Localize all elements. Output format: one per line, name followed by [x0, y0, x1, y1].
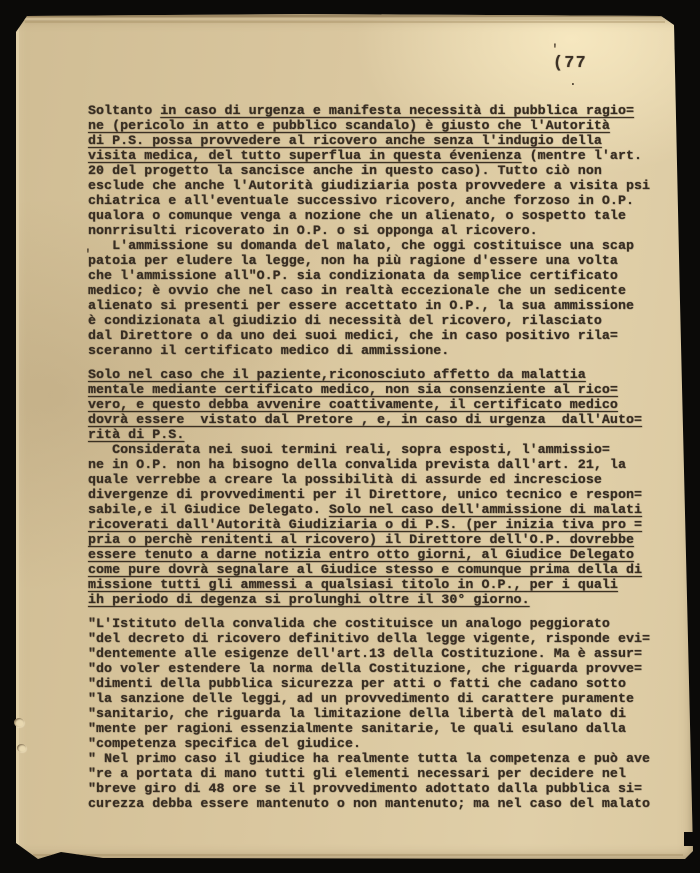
underlined-text-segment: Solo nel caso che il paziente,riconosciu… — [88, 367, 586, 382]
text-segment: che l'ammissione all"O.P. sia condiziona… — [88, 268, 618, 283]
underlined-text-segment: come pure dovrà segnalare al Giudice ste… — [88, 562, 642, 577]
text-line: sabile,e il Giudice Delegato. Solo nel c… — [88, 502, 672, 517]
text-line: missione tutti gli ammessi a qualsiasi t… — [88, 577, 672, 592]
text-line: " Nel primo caso il giudice ha realmente… — [88, 751, 672, 766]
text-segment: Considerata nei suoi termini reali, sopr… — [88, 442, 610, 457]
text-segment: "mente per ragioni essenzialmente sanita… — [88, 721, 626, 736]
text-segment: alienato si presenti per essere accettat… — [88, 298, 634, 313]
text-line: pria o perchè renitenti al ricovero) il … — [88, 532, 672, 547]
text-line: ne in O.P. non ha bisogno della convalid… — [88, 457, 672, 472]
text-segment: "L'Istituto della convalida che costitui… — [88, 616, 610, 631]
stray-mark: . — [569, 74, 577, 89]
underlined-text-segment: Solo nel caso dell'ammissione di malati — [329, 502, 642, 517]
text-line: nonrrisulti ricoverato in O.P. o si oppo… — [88, 223, 672, 238]
text-segment: "la sanzione delle leggi, ad un provvedi… — [88, 691, 634, 706]
text-segment: sceranno il certificato medico di ammiss… — [88, 343, 449, 358]
text-line: che l'ammissione all"O.P. sia condiziona… — [88, 268, 672, 283]
underlined-text-segment: in caso di urgenza e manifesta necessità… — [160, 103, 634, 118]
paper-hole — [17, 744, 26, 752]
paper-hole — [14, 718, 24, 727]
text-line: "del decreto di ricovero definitivo dell… — [88, 631, 672, 646]
text-segment: "dimenti della pubblica sicurezza per at… — [88, 676, 626, 691]
text-line: alienato si presenti per essere accettat… — [88, 298, 672, 313]
underlined-text-segment: missione tutti gli ammessi a qualsiasi t… — [88, 577, 618, 592]
text-line: "competenza specifica del giudice. — [88, 736, 672, 751]
text-line: qualora o comunque venga a nozione che u… — [88, 208, 672, 223]
text-line: "dentemente alle esigenze dell'art.13 de… — [88, 646, 672, 661]
text-line: curezza debba essere mantenuto o non man… — [88, 796, 672, 811]
underlined-text-segment: ih periodo di degenza si prolunghi oltre… — [88, 592, 530, 607]
text-line: L'ammissione su domanda del malato, che … — [88, 238, 672, 253]
text-segment: chiatrica e all'eventuale successivo ric… — [88, 193, 634, 208]
text-segment: quale verrebbe a creare la possibilità d… — [88, 472, 602, 487]
underlined-text-segment: dovrà essere vistato dal Pretore , e, in… — [88, 412, 642, 427]
text-line: vero, e questo debba avvenire coattivame… — [88, 397, 672, 412]
text-line: visita medica, del tutto superflua in qu… — [88, 148, 672, 163]
text-line: ne (pericolo in atto e pubblico scandalo… — [88, 118, 672, 133]
underlined-text-segment: rità di P.S. — [88, 427, 184, 442]
text-segment: dal Direttore o da uno dei suoi medici, … — [88, 328, 618, 343]
text-segment: qualora o comunque venga a nozione che u… — [88, 208, 626, 223]
underlined-text-segment: pria o perchè renitenti al ricovero) il … — [88, 532, 634, 547]
typewritten-text: Soltanto in caso di urgenza e manifesta … — [88, 103, 672, 811]
text-line: rità di P.S. — [88, 427, 672, 442]
text-segment: sabile,e il Giudice Delegato. — [88, 502, 329, 517]
underlined-text-segment: essere tenuto a darne notizia entro otto… — [88, 547, 634, 562]
text-line: sceranno il certificato medico di ammiss… — [88, 343, 672, 358]
stray-mark: ' — [551, 42, 559, 57]
text-segment: "do voler estendere la norma della Costi… — [88, 661, 642, 676]
scan-notch — [684, 832, 700, 846]
text-segment: divergenze di provvedimenti per il Diret… — [88, 487, 642, 502]
text-segment: esclude che anche l'Autorità giudiziaria… — [88, 178, 650, 193]
text-line: come pure dovrà segnalare al Giudice ste… — [88, 562, 672, 577]
text-line: quale verrebbe a creare la possibilità d… — [88, 472, 672, 487]
text-segment: nonrrisulti ricoverato in O.P. o si oppo… — [88, 223, 538, 238]
text-segment: medico; è ovvio che nel caso in realtà e… — [88, 283, 626, 298]
text-segment: "competenza specifica del giudice. — [88, 736, 361, 751]
text-line: "la sanzione delle leggi, ad un provvedi… — [88, 691, 672, 706]
text-segment: curezza debba essere mantenuto o non man… — [88, 796, 650, 811]
paper-edge-shadow — [33, 854, 683, 856]
text-line: "sanitario, che riguarda la limitazione … — [88, 706, 672, 721]
text-line: divergenze di provvedimenti per il Diret… — [88, 487, 672, 502]
underlined-text-segment: vero, e questo debba avvenire coattivame… — [88, 397, 618, 412]
text-segment: Soltanto — [88, 103, 160, 118]
text-line: dal Direttore o da uno dei suoi medici, … — [88, 328, 672, 343]
text-line: "breve giro di 48 ore se il provvediment… — [88, 781, 672, 796]
text-line: patoia per eludere la legge, non ha più … — [88, 253, 672, 268]
text-line: dovrà essere vistato dal Pretore , e, in… — [88, 412, 672, 427]
line-gap — [88, 607, 672, 616]
line-gap — [88, 358, 672, 367]
text-line: di P.S. possa provvedere al ricovero anc… — [88, 133, 672, 148]
text-line: "L'Istituto della convalida che costitui… — [88, 616, 672, 631]
text-line: "re a portata di mano tutti gli elementi… — [88, 766, 672, 781]
underlined-text-segment: mentale mediante certificato medico, non… — [88, 382, 618, 397]
text-segment: (mentre l'art. — [522, 148, 642, 163]
text-segment: "sanitario, che riguarda la limitazione … — [88, 706, 626, 721]
text-line: ih periodo di degenza si prolunghi oltre… — [88, 592, 672, 607]
text-line: è condizionata al giudizio di necessità … — [88, 313, 672, 328]
text-line: esclude che anche l'Autorità giudiziaria… — [88, 178, 672, 193]
text-line: Solo nel caso che il paziente,riconosciu… — [88, 367, 672, 382]
text-segment: "breve giro di 48 ore se il provvediment… — [88, 781, 642, 796]
text-line: medico; è ovvio che nel caso in realtà e… — [88, 283, 672, 298]
text-segment: ne in O.P. non ha bisogno della convalid… — [88, 457, 626, 472]
text-line: Soltanto in caso di urgenza e manifesta … — [88, 103, 672, 118]
text-line: 20 del progetto la sancisce anche in que… — [88, 163, 672, 178]
text-line: Considerata nei suoi termini reali, sopr… — [88, 442, 672, 457]
text-segment: " Nel primo caso il giudice ha realmente… — [88, 751, 650, 766]
text-segment: "del decreto di ricovero definitivo dell… — [88, 631, 650, 646]
text-line: "do voler estendere la norma della Costi… — [88, 661, 672, 676]
paper-edge-stack-line — [23, 18, 665, 20]
text-line: essere tenuto a darne notizia entro otto… — [88, 547, 672, 562]
underlined-text-segment: ricoverati dall'Autorità Giudiziaria o d… — [88, 517, 642, 532]
text-segment: 20 del progetto la sancisce anche in que… — [88, 163, 602, 178]
underlined-text-segment: ne (pericolo in atto e pubblico scandalo… — [88, 118, 610, 133]
text-segment: "dentemente alle esigenze dell'art.13 de… — [88, 646, 642, 661]
text-line: mentale mediante certificato medico, non… — [88, 382, 672, 397]
text-segment: "re a portata di mano tutti gli elementi… — [88, 766, 626, 781]
underlined-text-segment: visita medica, del tutto superflua in qu… — [88, 148, 522, 163]
text-line: "dimenti della pubblica sicurezza per at… — [88, 676, 672, 691]
underlined-text-segment: di P.S. possa provvedere al ricovero anc… — [88, 133, 602, 148]
text-segment: patoia per eludere la legge, non ha più … — [88, 253, 618, 268]
text-segment: è condizionata al giudizio di necessità … — [88, 313, 602, 328]
text-line: ricoverati dall'Autorità Giudiziaria o d… — [88, 517, 672, 532]
paper-edge-stack-line — [25, 21, 665, 23]
text-segment: L'ammissione su domanda del malato, che … — [88, 238, 634, 253]
text-line: "mente per ragioni essenzialmente sanita… — [88, 721, 672, 736]
text-line: chiatrica e all'eventuale successivo ric… — [88, 193, 672, 208]
